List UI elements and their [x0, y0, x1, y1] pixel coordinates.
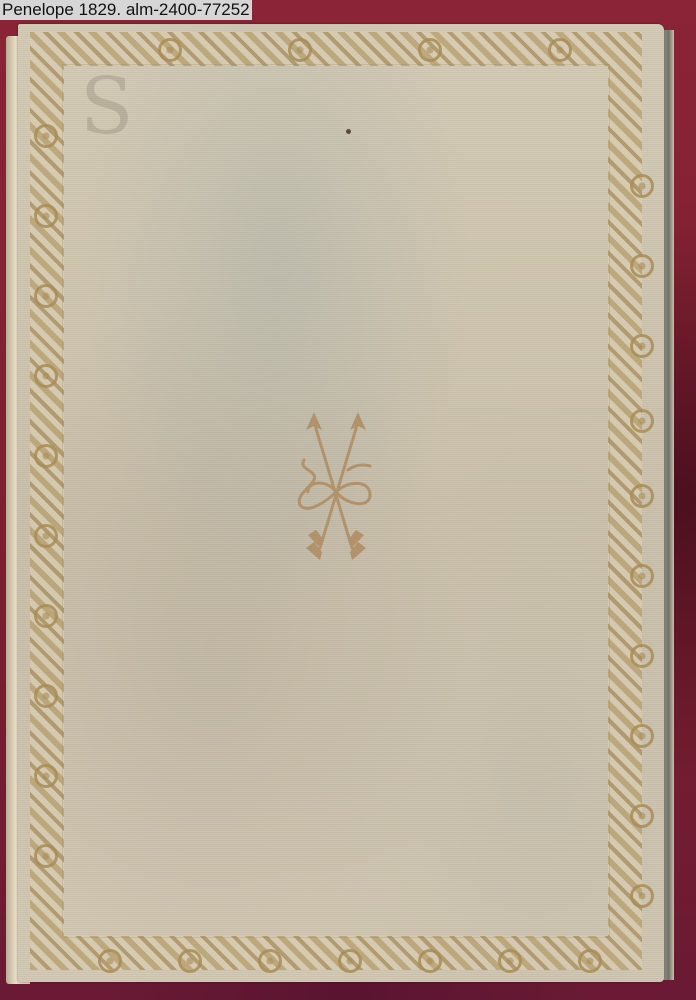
rosette-icon	[630, 174, 654, 198]
rosette-icon	[34, 364, 58, 388]
rosette-icon	[288, 38, 312, 62]
rosette-icon	[178, 949, 202, 973]
rosette-icon	[34, 604, 58, 628]
rosette-icon	[548, 38, 572, 62]
rosette-icon	[34, 284, 58, 308]
rosette-icon	[630, 409, 654, 433]
rosette-icon	[34, 764, 58, 788]
rosette-icon	[630, 884, 654, 908]
rosette-icon	[630, 254, 654, 278]
rosette-icon	[34, 684, 58, 708]
rosette-icon	[34, 124, 58, 148]
rosette-icon	[578, 949, 602, 973]
stain-spot	[346, 129, 351, 134]
rosette-icon	[630, 484, 654, 508]
rosette-icon	[34, 844, 58, 868]
rosette-icon	[630, 804, 654, 828]
image-caption: Penelope 1829. alm-2400-77252	[0, 0, 252, 20]
library-monogram: S	[80, 68, 133, 146]
rosette-icon	[418, 38, 442, 62]
rosette-icon	[34, 524, 58, 548]
rosette-icon	[98, 949, 122, 973]
crossed-arrows-with-ribbon-icon	[278, 400, 398, 570]
rosette-icon	[158, 38, 182, 62]
rosette-icon	[630, 564, 654, 588]
rosette-icon	[258, 949, 282, 973]
rosette-icon	[630, 334, 654, 358]
rosette-icon	[34, 444, 58, 468]
rosette-icon	[34, 204, 58, 228]
rosette-icon	[498, 949, 522, 973]
rosette-icon	[418, 949, 442, 973]
rosette-icon	[630, 644, 654, 668]
rosette-icon	[338, 949, 362, 973]
rosette-icon	[630, 724, 654, 748]
